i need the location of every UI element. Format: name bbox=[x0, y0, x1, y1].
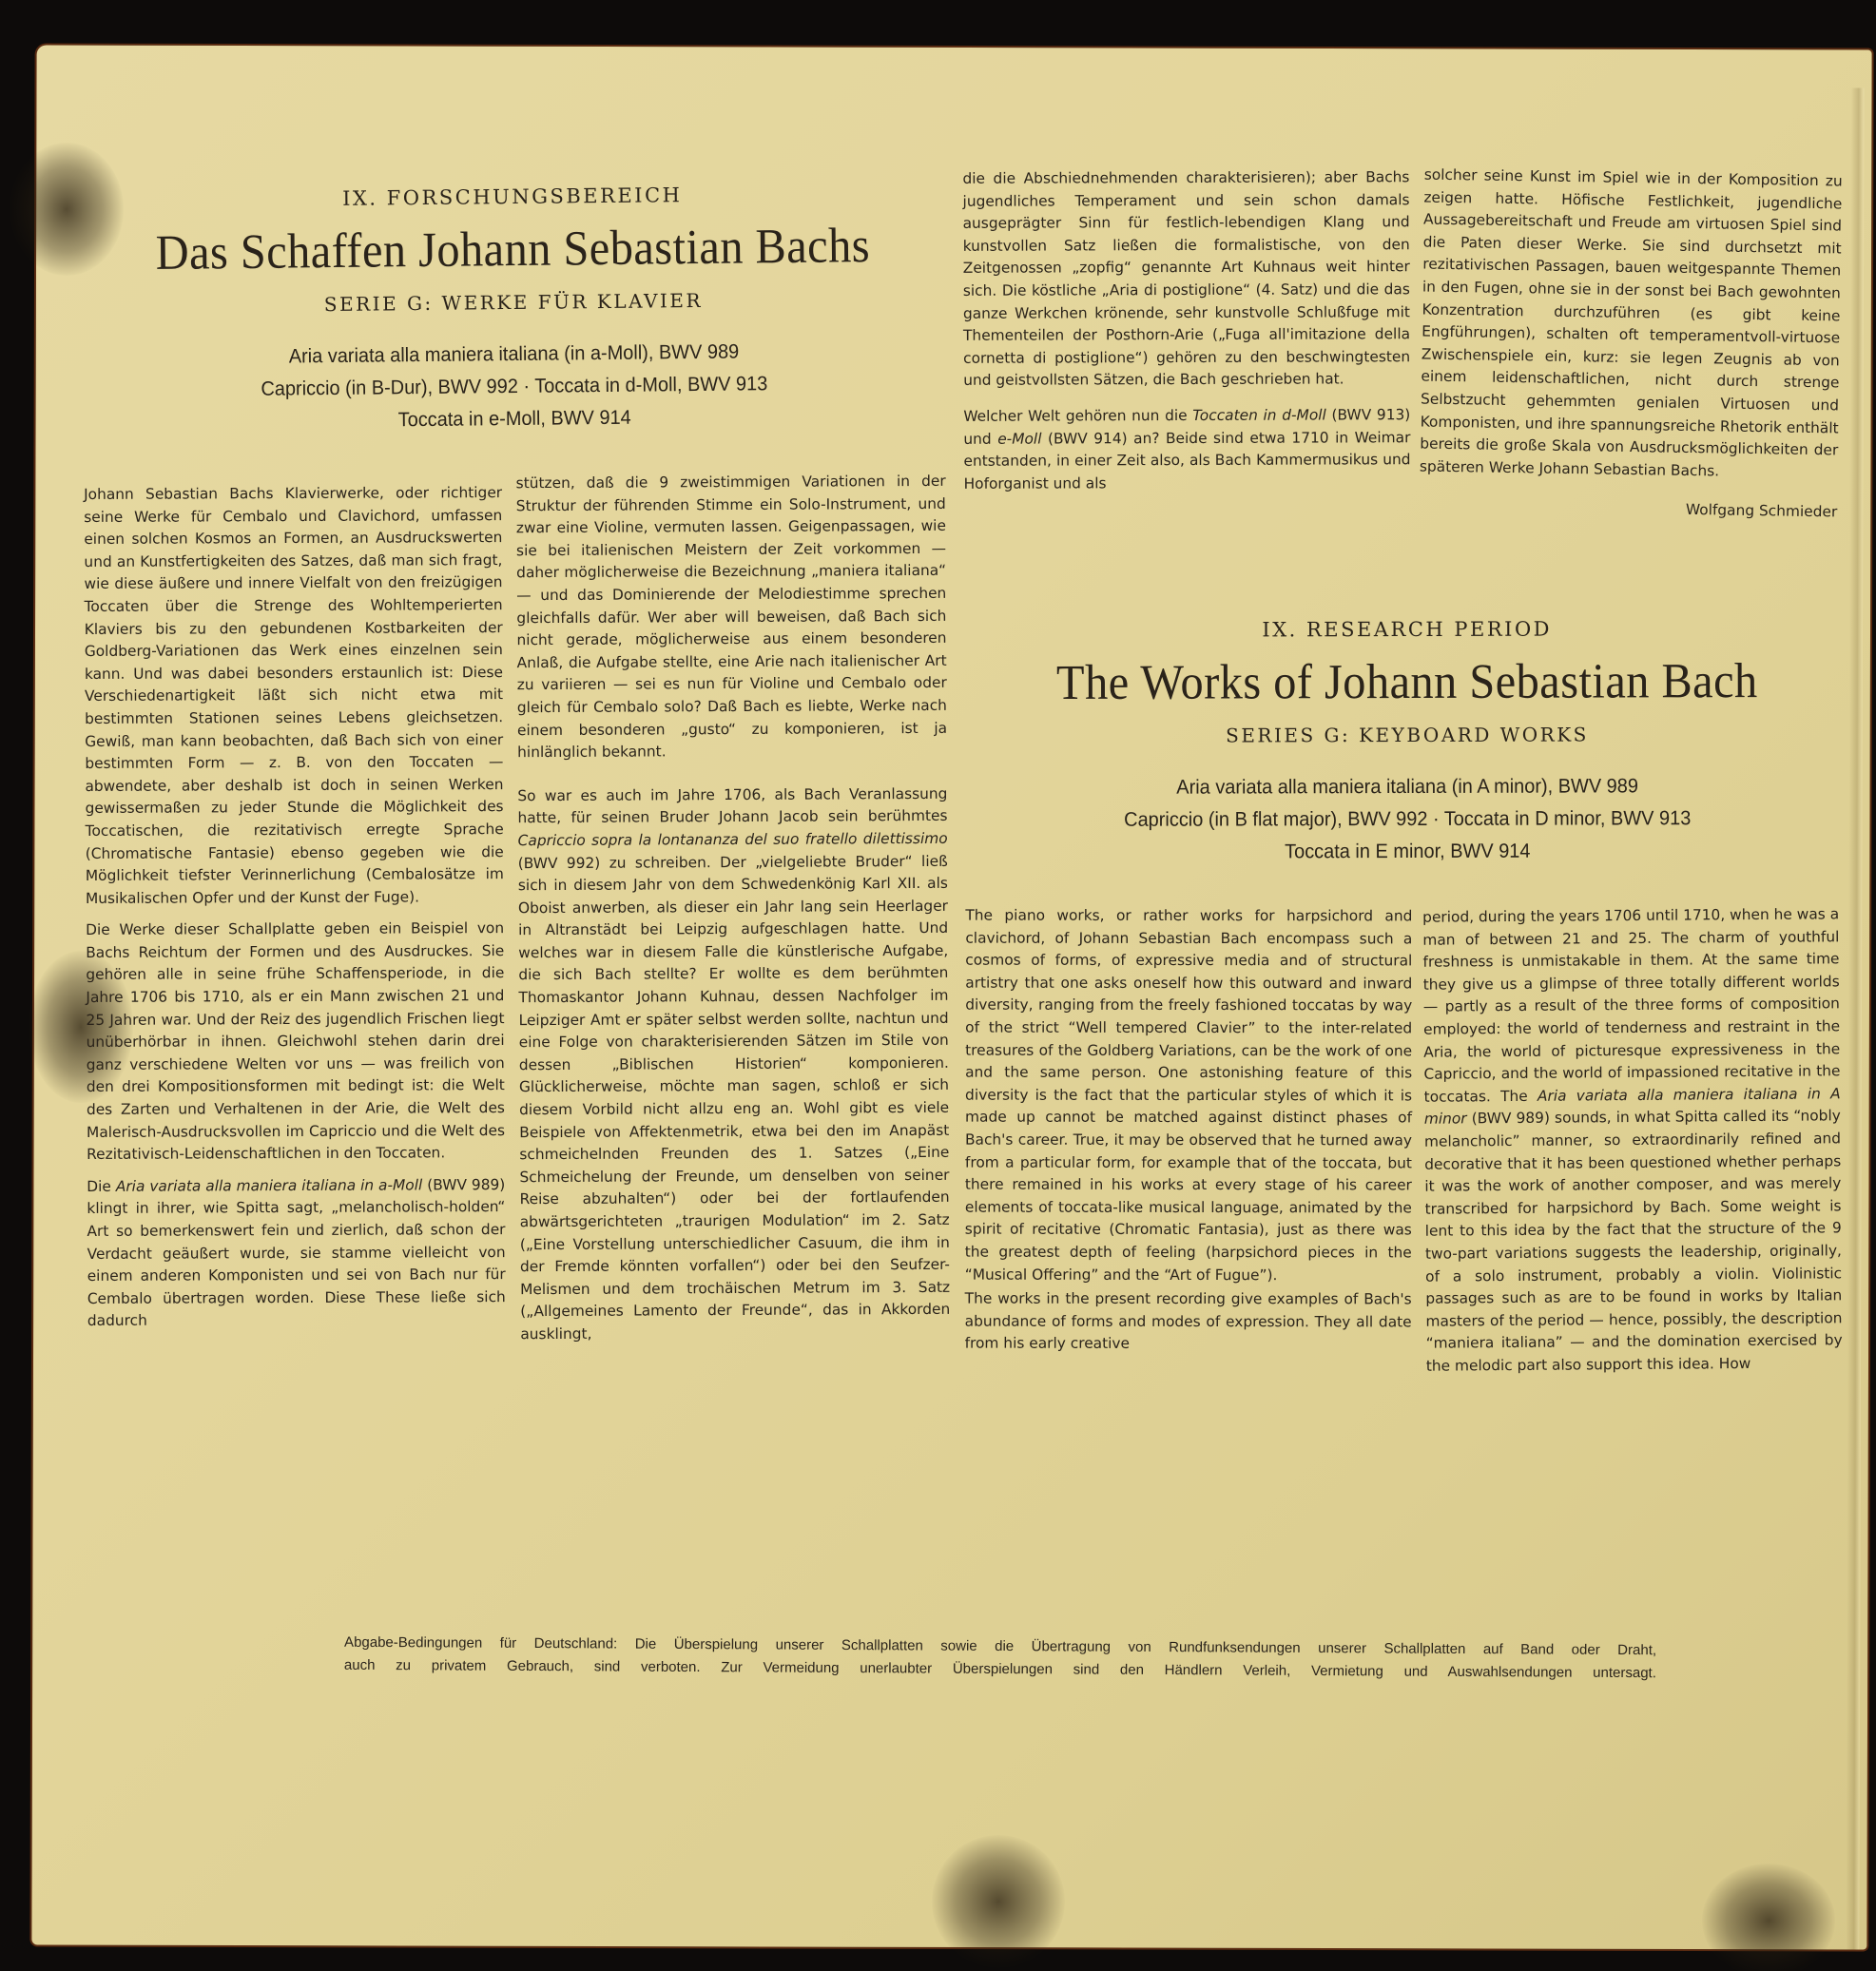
text-run: (BWV 989) klingt in ihrer, wie Spitta sa… bbox=[87, 1176, 505, 1329]
text-run: Welcher Welt gehören nun die bbox=[963, 407, 1192, 425]
german-heading: IX. FORSCHUNGSBEREICH Das Schaffen Johan… bbox=[94, 181, 934, 439]
english-kicker: IX. RESEARCH PERIOD bbox=[979, 617, 1835, 642]
text-run: Die bbox=[87, 1178, 116, 1195]
paragraph: stützen, daß die 9 zweistimmigen Variati… bbox=[516, 471, 948, 764]
italic-work-title: Capriccio sopra la lontananza del suo fr… bbox=[518, 830, 948, 849]
finger-shadow bbox=[932, 1835, 1065, 1968]
english-works-list: Aria variata alla maniera italiana (in A… bbox=[979, 770, 1835, 869]
italic-work-title: e-Moll bbox=[997, 430, 1041, 447]
text-run: period, during the years 1706 until 1710… bbox=[1422, 905, 1840, 1105]
paragraph: The piano works, or rather works for har… bbox=[965, 905, 1413, 1287]
paragraph: The works in the present recording give … bbox=[965, 1288, 1412, 1357]
distribution-conditions-note: Abgabe-Bedingungen für Deutschland: Die … bbox=[344, 1632, 1656, 1685]
paragraph: solcher seine Kunst im Spiel wie in der … bbox=[1420, 164, 1843, 485]
german-series: SERIE G: WERKE FÜR KLAVIER bbox=[95, 286, 932, 318]
german-column-4: solcher seine Kunst im Spiel wie in der … bbox=[1419, 164, 1843, 525]
paragraph: So war es auch im Jahre 1706, als Bach V… bbox=[517, 783, 950, 1346]
paragraph: period, during the years 1706 until 1710… bbox=[1422, 903, 1843, 1378]
paragraph: Johann Sebastian Bachs Klavierwerke, ode… bbox=[84, 482, 504, 910]
work-item: Toccata in E minor, BWV 914 bbox=[1001, 835, 1814, 869]
english-heading: IX. RESEARCH PERIOD The Works of Johann … bbox=[979, 617, 1836, 869]
finger-shadow bbox=[1702, 1864, 1835, 1971]
english-column-1: The piano works, or rather works for har… bbox=[965, 905, 1413, 1357]
italic-work-title: Aria variata alla maniera italiana in a-… bbox=[116, 1176, 423, 1194]
english-column-2: period, during the years 1706 until 1710… bbox=[1422, 903, 1843, 1378]
paragraph: Welcher Welt gehören nun die Toccaten in… bbox=[963, 404, 1410, 495]
italic-work-title: Toccaten in d-Moll bbox=[1192, 406, 1326, 423]
text-run: (BWV 992) zu schreiben. Der „vielgeliebt… bbox=[518, 852, 951, 1343]
german-column-3: die die Abschiednehmenden charakterisier… bbox=[962, 166, 1410, 495]
english-series: SERIES G: KEYBOARD WORKS bbox=[979, 723, 1835, 747]
paragraph: Die Aria variata alla maniera italiana i… bbox=[87, 1174, 506, 1333]
german-column-2: stützen, daß die 9 zweistimmigen Variati… bbox=[516, 471, 951, 1346]
english-title: The Works of Johann Sebastian Bach bbox=[1009, 653, 1805, 711]
work-item: Capriccio (in B flat major), BWV 992 · T… bbox=[1001, 802, 1814, 837]
work-item: Aria variata alla maniera italiana (in A… bbox=[1001, 770, 1814, 804]
paragraph: Die Werke dieser Schallplatte geben ein … bbox=[86, 918, 505, 1166]
german-title: Das Schaffen Johann Sebastian Bachs bbox=[124, 218, 902, 282]
german-works-list: Aria variata alla maniera italiana (in a… bbox=[95, 334, 933, 439]
paragraph: die die Abschiednehmenden charakterisier… bbox=[962, 166, 1410, 393]
text-run: So war es auch im Jahre 1706, als Bach V… bbox=[517, 785, 947, 827]
german-column-1: Johann Sebastian Bachs Klavierwerke, ode… bbox=[84, 482, 506, 1333]
sleeve-fold-edge bbox=[1846, 87, 1864, 1949]
text-run: (BWV 989) sounds, in what Spitta called … bbox=[1424, 1108, 1843, 1375]
